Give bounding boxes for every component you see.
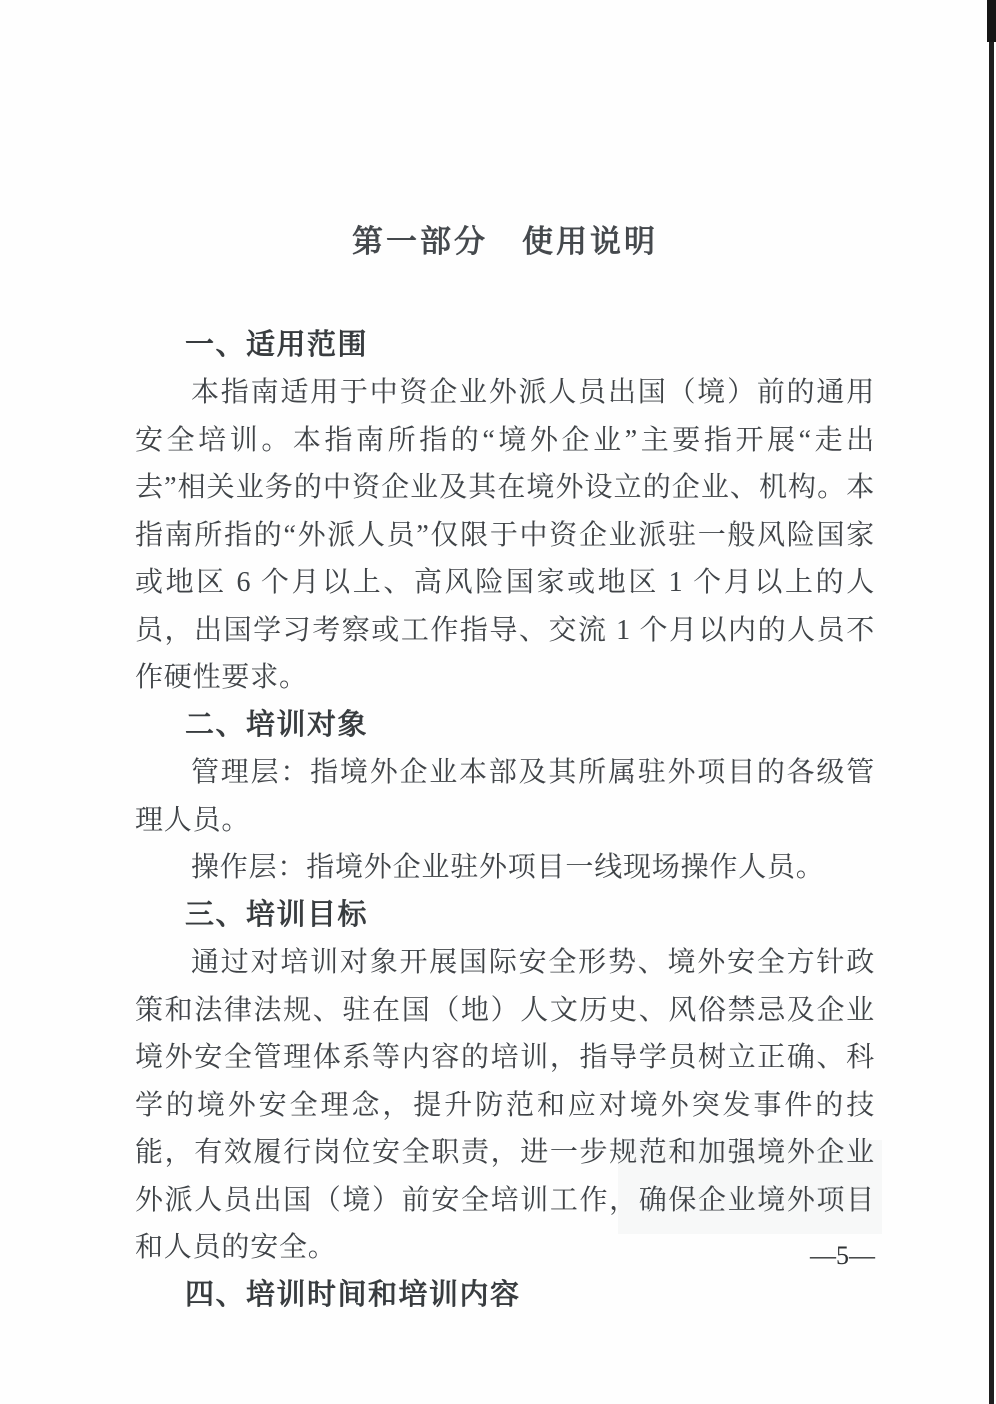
scan-edge-corner xyxy=(987,0,996,42)
paragraph-trainees-management: 管理层：指境外企业本部及其所属驻外项目的各级管理人员。 xyxy=(135,749,875,844)
page-number: —5— xyxy=(810,1241,875,1271)
section-heading-objectives: 三、培训目标 xyxy=(135,892,875,940)
document-content: 第一部分 使用说明 一、适用范围 本指南适用于中资企业外派人员出国（境）前的通用… xyxy=(135,218,875,1319)
scan-edge-line xyxy=(989,0,994,1404)
paragraph-scope: 本指南适用于中资企业外派人员出国（境）前的通用安全培训。本指南所指的“境外企业”… xyxy=(135,369,875,702)
section-heading-scope: 一、适用范围 xyxy=(135,322,875,370)
paragraph-trainees-operations: 操作层：指境外企业驻外项目一线现场操作人员。 xyxy=(135,844,875,892)
section-heading-time-content: 四、培训时间和培训内容 xyxy=(135,1272,875,1320)
section-heading-trainees: 二、培训对象 xyxy=(135,702,875,750)
page-title: 第一部分 使用说明 xyxy=(135,218,875,266)
paragraph-objectives: 通过对培训对象开展国际安全形势、境外安全方针政策和法律法规、驻在国（地）人文历史… xyxy=(135,939,875,1272)
document-page: 第一部分 使用说明 一、适用范围 本指南适用于中资企业外派人员出国（境）前的通用… xyxy=(0,0,996,1404)
